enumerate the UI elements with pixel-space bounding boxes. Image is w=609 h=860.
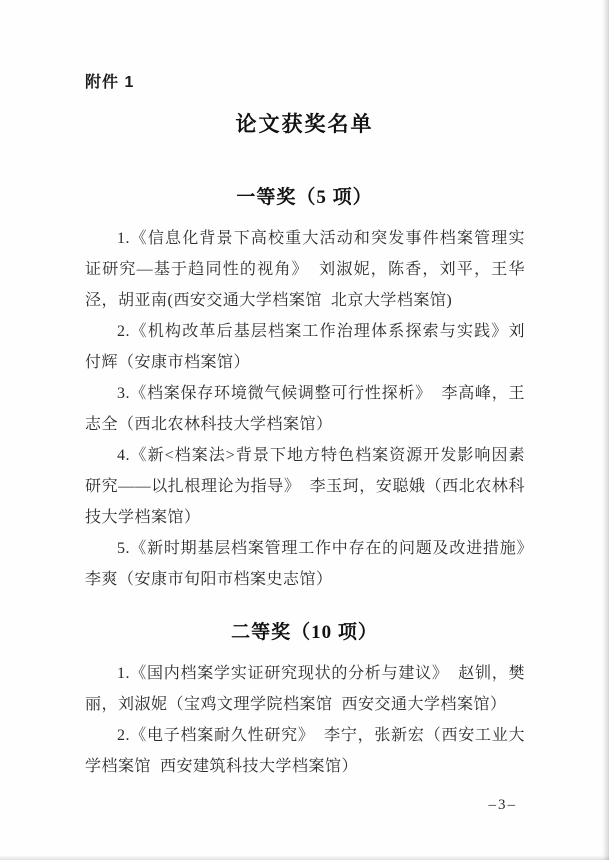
scan-edge-bottom: [0, 855, 609, 860]
paper-entry: 2.《电子档案耐久性研究》 李宁，张新宏（西安工业大学档案馆 西安建筑科技大学档…: [85, 720, 525, 782]
second-prize-list: 1.《国内档案学实证研究现状的分析与建议》 赵钏，樊丽，刘淑妮（宝鸡文理学院档案…: [0, 658, 609, 782]
section-heading-second-prize: 二等奖（10 项）: [0, 619, 609, 646]
paper-entry: 1.《国内档案学实证研究现状的分析与建议》 赵钏，樊丽，刘淑妮（宝鸡文理学院档案…: [85, 658, 525, 720]
page-number: –3–: [489, 797, 518, 814]
first-prize-list: 1.《信息化背景下高校重大活动和突发事件档案管理实证研究—基于趋同性的视角》 刘…: [0, 223, 609, 595]
paper-entry: 2.《机构改革后基层档案工作治理体系探索与实践》刘付辉（安康市档案馆）: [85, 316, 525, 378]
paper-entry: 4.《新<档案法>背景下地方特色档案资源开发影响因素研究——以扎根理论为指导》 …: [85, 440, 525, 533]
section-heading-first-prize: 一等奖（5 项）: [0, 184, 609, 211]
document-title: 论文获奖名单: [0, 110, 609, 138]
paper-entry: 1.《信息化背景下高校重大活动和突发事件档案管理实证研究—基于趋同性的视角》 刘…: [85, 223, 525, 316]
document-page: 附件 1 论文获奖名单 一等奖（5 项） 1.《信息化背景下高校重大活动和突发事…: [0, 0, 609, 860]
attachment-label: 附件 1: [85, 0, 609, 94]
paper-entry: 5.《新时期基层档案管理工作中存在的问题及改进措施》李爽（安康市旬阳市档案史志馆…: [85, 533, 525, 595]
paper-entry: 3.《档案保存环境微气候调整可行性探析》 李高峰，王志全（西北农林科技大学档案馆…: [85, 378, 525, 440]
